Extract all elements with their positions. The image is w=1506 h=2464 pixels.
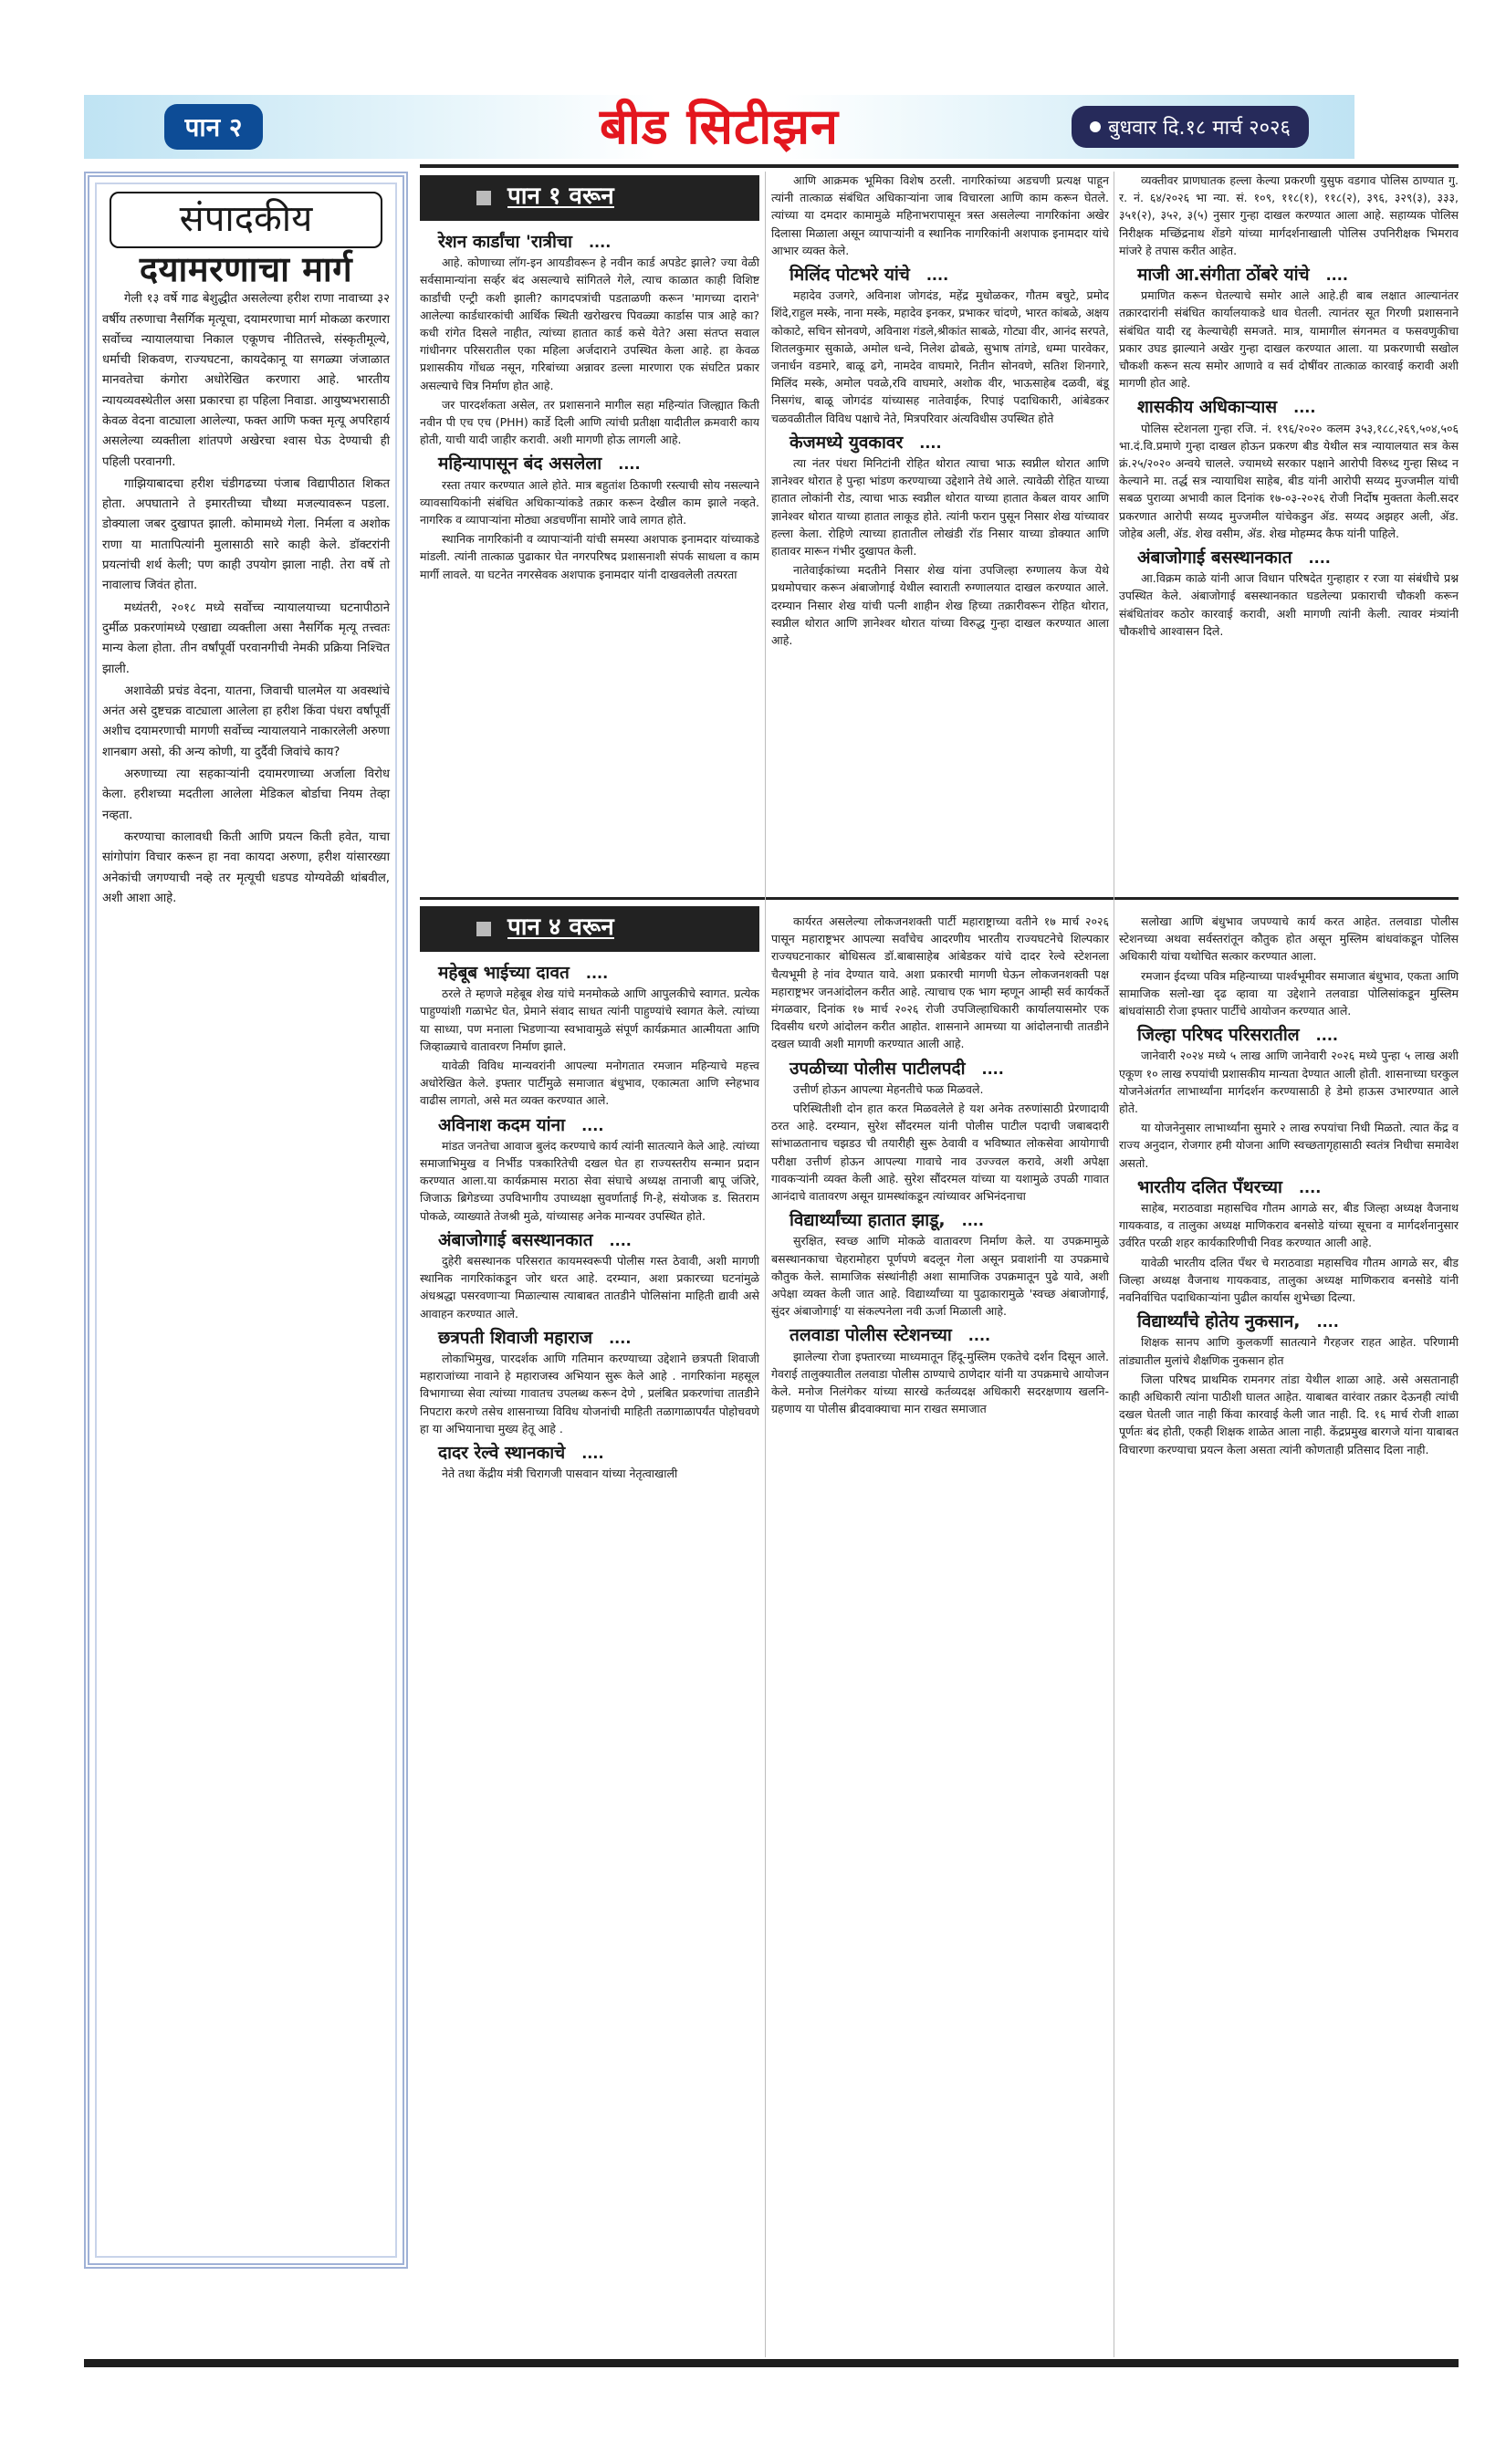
story-headline: महेबूब भाईच्या दावत.... (438, 965, 759, 982)
bullet-icon (1090, 121, 1101, 132)
story: तलवाडा पोलीस स्टेशनच्या.... झालेल्या रोज… (771, 1327, 1109, 1417)
section-divider (420, 897, 1459, 900)
pan4-section-header: पान ४ वरून (420, 906, 759, 952)
story-headline: तलवाडा पोलीस स्टेशनच्या.... (790, 1327, 1109, 1344)
story-headline: रेशन कार्डांचा 'रात्रीचा.... (438, 234, 759, 251)
square-bullet-icon (476, 922, 491, 936)
page-number-badge: पान २ (164, 104, 263, 150)
story-headline: अंबाजोगाई बसस्थानकात.... (1137, 549, 1459, 567)
story: उपळीच्या पोलीस पाटीलपदी.... उत्तीर्ण होऊ… (771, 1060, 1109, 1206)
square-bullet-icon (476, 191, 491, 205)
pan1-section-header: पान १ वरून (420, 175, 759, 221)
editorial-paragraph: अरुणाच्या त्या सहकाऱ्यांनी दयामरणाच्या अ… (102, 765, 390, 826)
story: छत्रपती शिवाजी महाराज.... लोकाभिमुख, पार… (420, 1330, 759, 1437)
editorial-paragraph: गाझियाबादचा हरीश चंडीगढच्या पंजाब विद्या… (102, 475, 390, 597)
story-headline: महिन्यापासून बंद असलेला.... (438, 455, 759, 473)
story: आणि आक्रमक भूमिका विशेष ठरली. नागरिकांच्… (771, 172, 1109, 259)
story: महेबूब भाईच्या दावत.... ठरले ते म्हणजे म… (420, 965, 759, 1110)
story-headline: केजमध्ये युवकावर.... (790, 434, 1109, 452)
story: अविनाश कदम यांना.... मांडत जनतेचा आवाज ब… (420, 1117, 759, 1225)
masthead: पान २ बीड सिटीझन बुधवार दि.१८ मार्च २०२६ (84, 95, 1354, 159)
pan1-column: पान १ वरून रेशन कार्डांचा 'रात्रीचा.... … (420, 175, 759, 585)
editorial-label: संपादकीय (110, 192, 382, 248)
pan4-column-3: सलोखा आणि बंधुभाव जपण्याचे कार्य करत आहे… (1119, 913, 1459, 1460)
story-headline: शासकीय अधिकाऱ्यास.... (1137, 399, 1459, 416)
pan1-column-2: आणि आक्रमक भूमिका विशेष ठरली. नागरिकांच्… (771, 172, 1109, 651)
story-headline: छत्रपती शिवाजी महाराज.... (438, 1330, 759, 1347)
editorial-box: संपादकीय दयामरणाचा मार्ग गेली १३ वर्षे ग… (84, 172, 408, 2269)
story-headline: विद्यार्थ्यांचे होतेय नुकसान,.... (1137, 1313, 1459, 1331)
story: जिल्हा परिषद परिसरातील.... जानेवारी २०२४… (1119, 1027, 1459, 1172)
editorial-paragraph: अशावेळी प्रचंड वेदना, यातना, जिवाची घालम… (102, 682, 390, 763)
newspaper-title: बीड सिटीझन (600, 95, 839, 159)
column-divider (765, 172, 766, 2357)
pan1-column-3: व्यक्तीवर प्राणघातक हल्ला केल्या प्रकरणी… (1119, 172, 1459, 642)
issue-date: बुधवार दि.१८ मार्च २०२६ (1108, 113, 1291, 141)
editorial-title: दयामरणाचा मार्ग (102, 261, 390, 278)
story: भारतीय दलित पँथरच्या.... साहेब, मराठवाडा… (1119, 1179, 1459, 1306)
story: विद्यार्थ्यांचे होतेय नुकसान,.... शिक्षक… (1119, 1313, 1459, 1458)
story: दादर रेल्वे स्थानकाचे.... नेते तथा केंद्… (420, 1445, 759, 1482)
editorial-paragraph: करण्याचा कालावधी किती आणि प्रयत्न किती ह… (102, 828, 390, 909)
story: सलोखा आणि बंधुभाव जपण्याचे कार्य करत आहे… (1119, 913, 1459, 1019)
story-headline: अविनाश कदम यांना.... (438, 1117, 759, 1134)
story-headline: दादर रेल्वे स्थानकाचे.... (438, 1445, 759, 1462)
story: शासकीय अधिकाऱ्यास.... पोलिस स्टेशनला गुन… (1119, 399, 1459, 542)
editorial-paragraph: गेली १३ वर्षे गाढ बेशुद्धीत असलेल्या हरी… (102, 289, 390, 473)
date-badge: बुधवार दि.१८ मार्च २०२६ (1072, 106, 1309, 148)
story: कार्यरत असलेल्या लोकजनशक्ती पार्टी महारा… (771, 913, 1109, 1053)
footer-rule (84, 2359, 1459, 2367)
story-headline: जिल्हा परिषद परिसरातील.... (1137, 1027, 1459, 1044)
story-headline: माजी आ.संगीता ठोंबरे यांचे.... (1137, 266, 1459, 284)
story: केजमध्ये युवकावर.... त्या नंतर पंधरा मिन… (771, 434, 1109, 649)
editorial-paragraph: मध्यंतरी, २०१८ मध्ये सर्वोच्च न्यायालयाच… (102, 599, 390, 680)
top-divider (420, 164, 1459, 168)
column-divider (1114, 172, 1114, 2357)
story-headline: उपळीच्या पोलीस पाटीलपदी.... (790, 1060, 1109, 1078)
story: मिलिंद पोटभरे यांचे.... महादेव उजगरे, अव… (771, 266, 1109, 427)
story: माजी आ.संगीता ठोंबरे यांचे.... प्रमाणित … (1119, 266, 1459, 392)
pan4-column-2: कार्यरत असलेल्या लोकजनशक्ती पार्टी महारा… (771, 913, 1109, 1419)
story: अंबाजोगाई बसस्थानकात.... दुहेरी बसस्थानक… (420, 1232, 759, 1322)
story: रेशन कार्डांचा 'रात्रीचा.... आहे. कोणाच्… (420, 234, 759, 448)
story: विद्यार्थ्यांच्या हातात झाडू,.... सुरक्ष… (771, 1212, 1109, 1320)
story-headline: अंबाजोगाई बसस्थानकात.... (438, 1232, 759, 1249)
story: व्यक्तीवर प्राणघातक हल्ला केल्या प्रकरणी… (1119, 172, 1459, 259)
story-headline: विद्यार्थ्यांच्या हातात झाडू,.... (790, 1212, 1109, 1229)
pan4-column: पान ४ वरून महेबूब भाईच्या दावत.... ठरले … (420, 906, 759, 1484)
story: महिन्यापासून बंद असलेला.... रस्ता तयार क… (420, 455, 759, 582)
story-headline: भारतीय दलित पँथरच्या.... (1137, 1179, 1459, 1196)
story: अंबाजोगाई बसस्थानकात.... आ.विक्रम काळे य… (1119, 549, 1459, 640)
story-headline: मिलिंद पोटभरे यांचे.... (790, 266, 1109, 284)
